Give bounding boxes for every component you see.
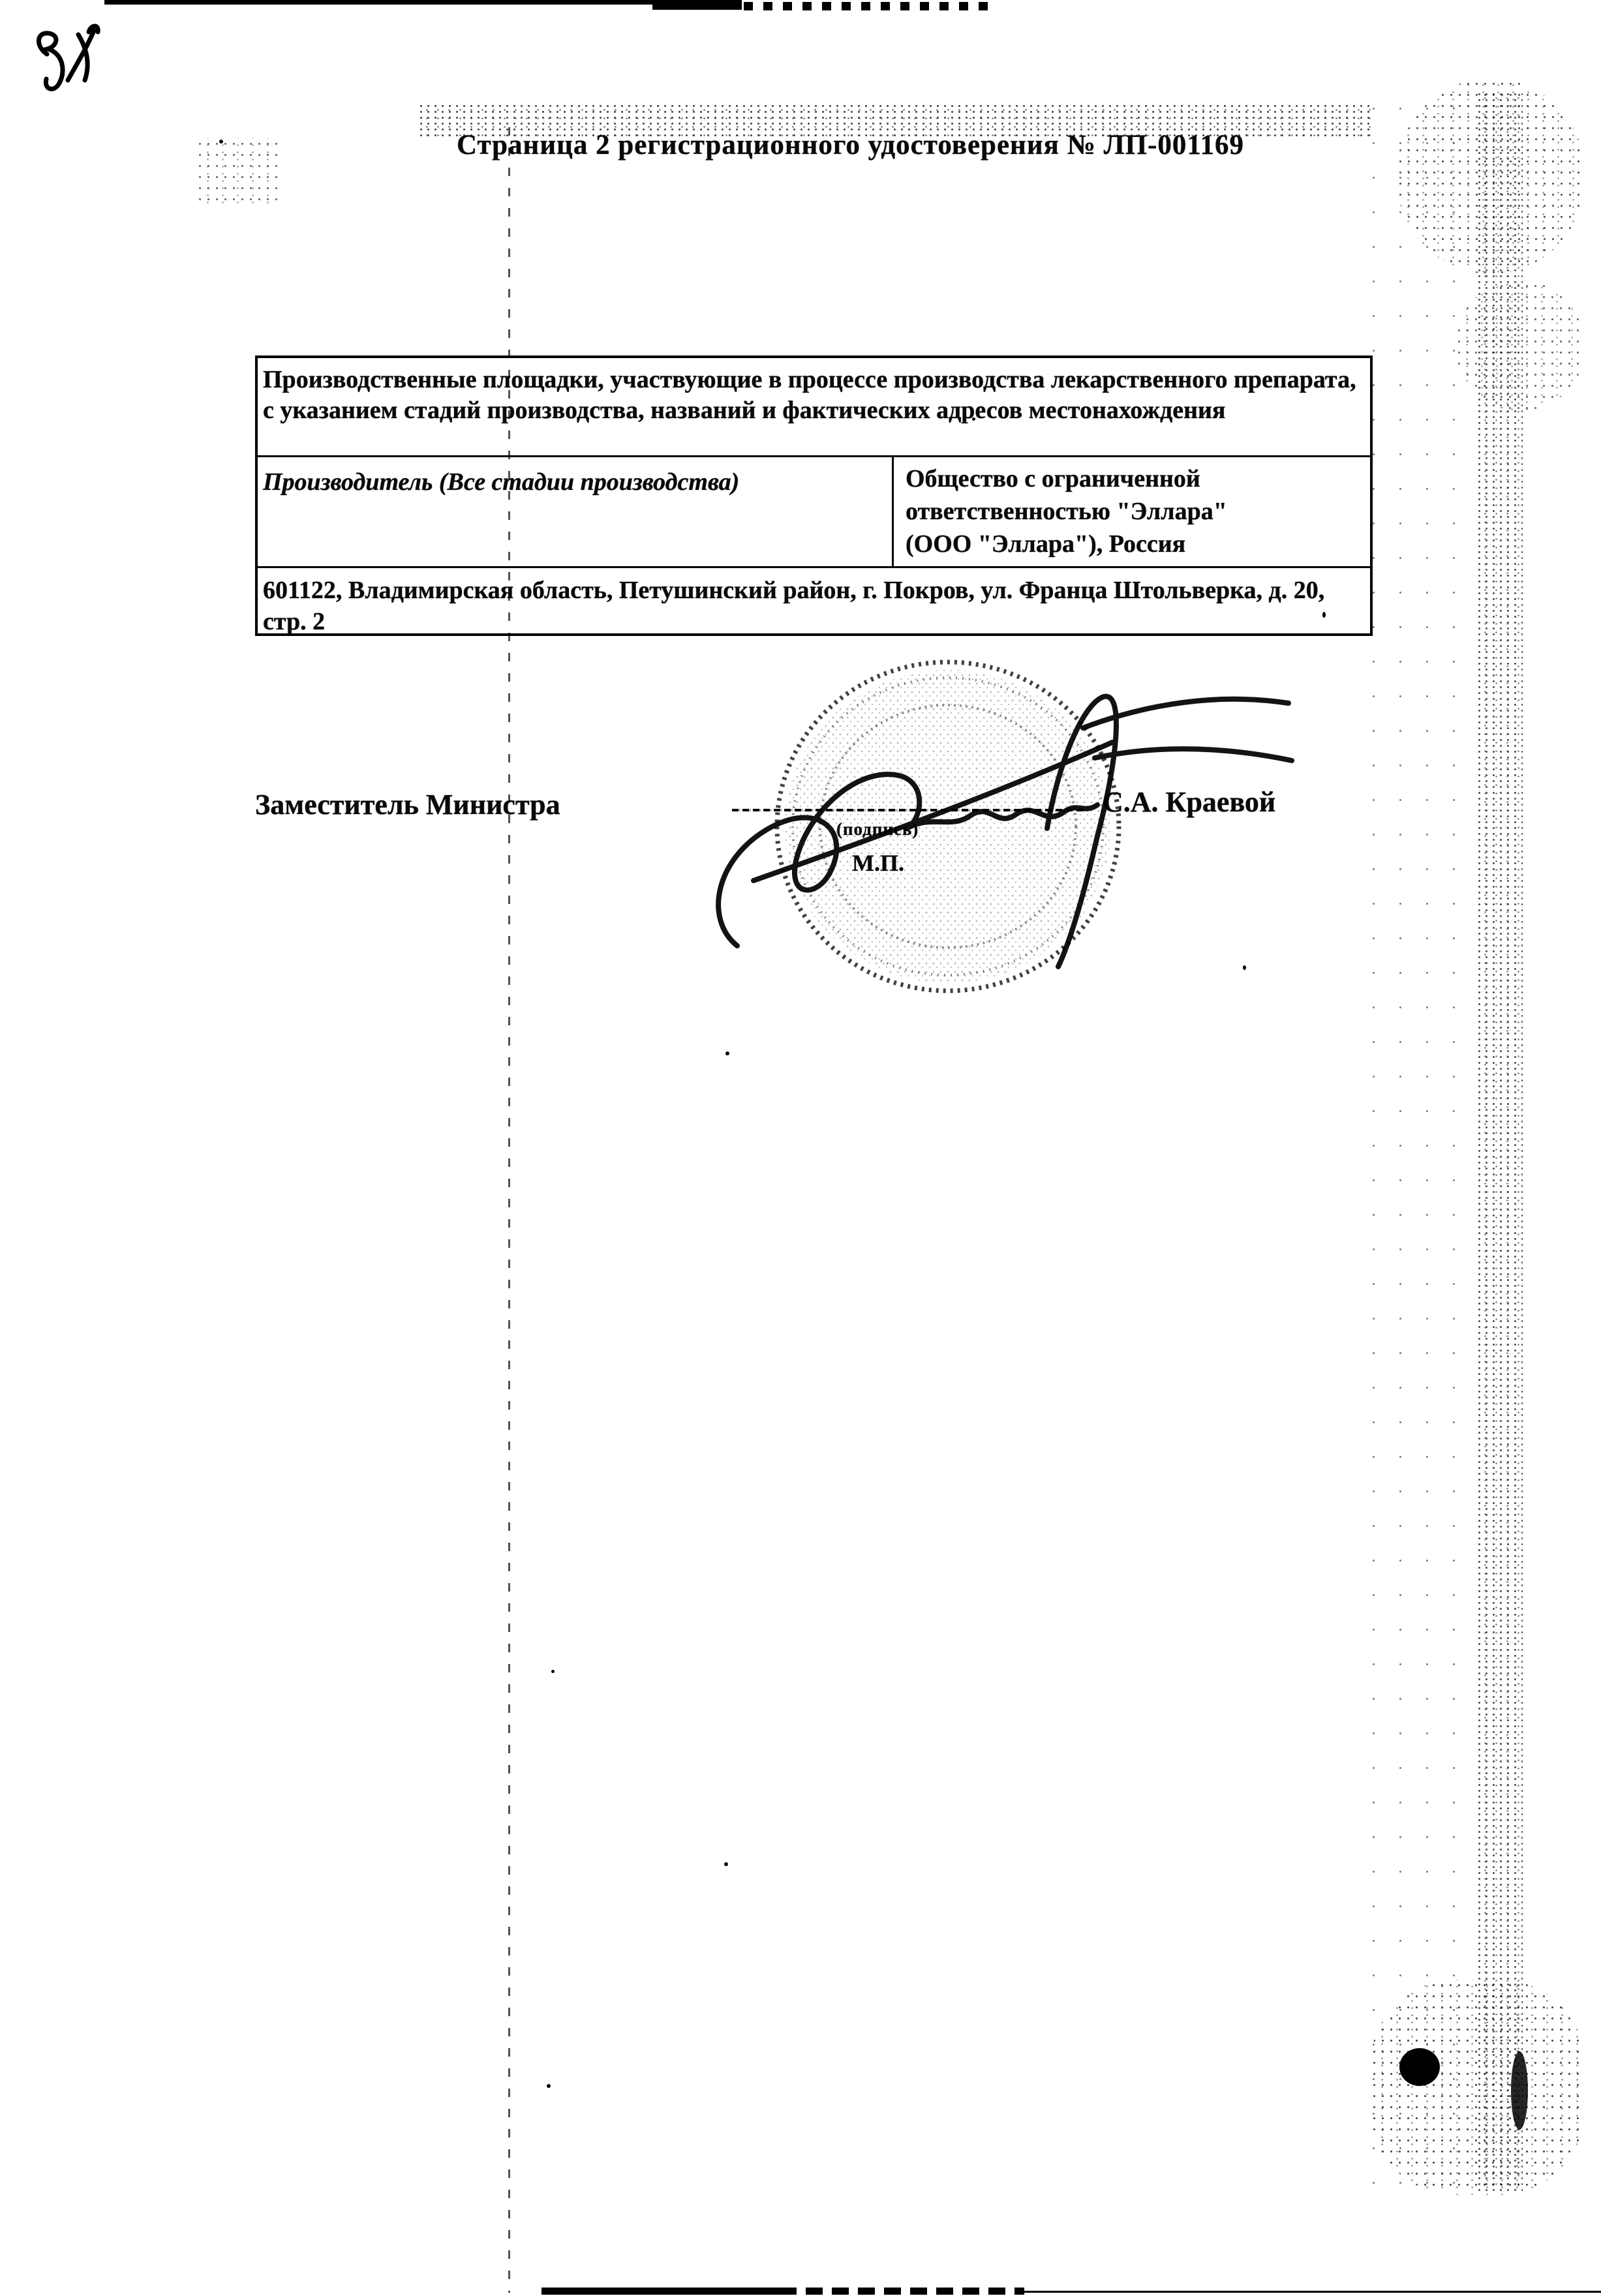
- manufacturer-role-cell: Производитель (Все стадии производства): [258, 457, 892, 566]
- table-row: Производитель (Все стадии производства) …: [258, 457, 1370, 568]
- speck: [219, 140, 223, 143]
- scan-noise-top-right-cluster: [1396, 78, 1585, 274]
- page-header-line: Страница 2 регистрационного удостоверени…: [457, 129, 1272, 161]
- signature-scrawl: [692, 665, 1318, 991]
- ink-blot: [1399, 2048, 1440, 2086]
- signatory-title: Заместитель Министра: [255, 788, 560, 821]
- scan-artifact-top-bar: [104, 0, 656, 5]
- speck: [547, 2084, 551, 2088]
- scan-fold-line: [508, 127, 510, 2293]
- scan-noise-bottom-right-cluster: [1370, 1980, 1585, 2195]
- scan-artifact-top-bar-thick: [652, 0, 742, 10]
- scan-noise-left-margin: [196, 138, 281, 204]
- manufacturer-address-cell: 601122, Владимирская область, Петушински…: [258, 568, 1370, 633]
- speck: [725, 1051, 729, 1055]
- production-sites-table: Производственные площадки, участвующие в…: [255, 355, 1373, 636]
- ink-crescent-blot: [1511, 2051, 1528, 2130]
- scanned-document-page: Страница 2 регистрационного удостоверени…: [0, 0, 1601, 2296]
- table-header-cell: Производственные площадки, участвующие в…: [258, 358, 1370, 457]
- scan-noise-right-sparse: [1360, 91, 1474, 2185]
- speck: [1322, 612, 1326, 618]
- manufacturer-name-cell: Общество с ограниченной ответственностью…: [892, 457, 1370, 566]
- speck: [551, 1670, 555, 1673]
- speck: [972, 417, 975, 421]
- handwritten-mark: [26, 16, 111, 101]
- speck: [724, 1862, 728, 1866]
- scan-noise-top-right-cluster-2: [1455, 280, 1585, 411]
- scan-artifact-bottom-bar: [541, 2288, 780, 2295]
- speck: [1243, 965, 1246, 970]
- scan-artifact-bottom-dashes: [780, 2288, 1024, 2295]
- scan-artifact-bottom-line: [1024, 2291, 1601, 2293]
- scan-artifact-top-dashes: [744, 2, 998, 10]
